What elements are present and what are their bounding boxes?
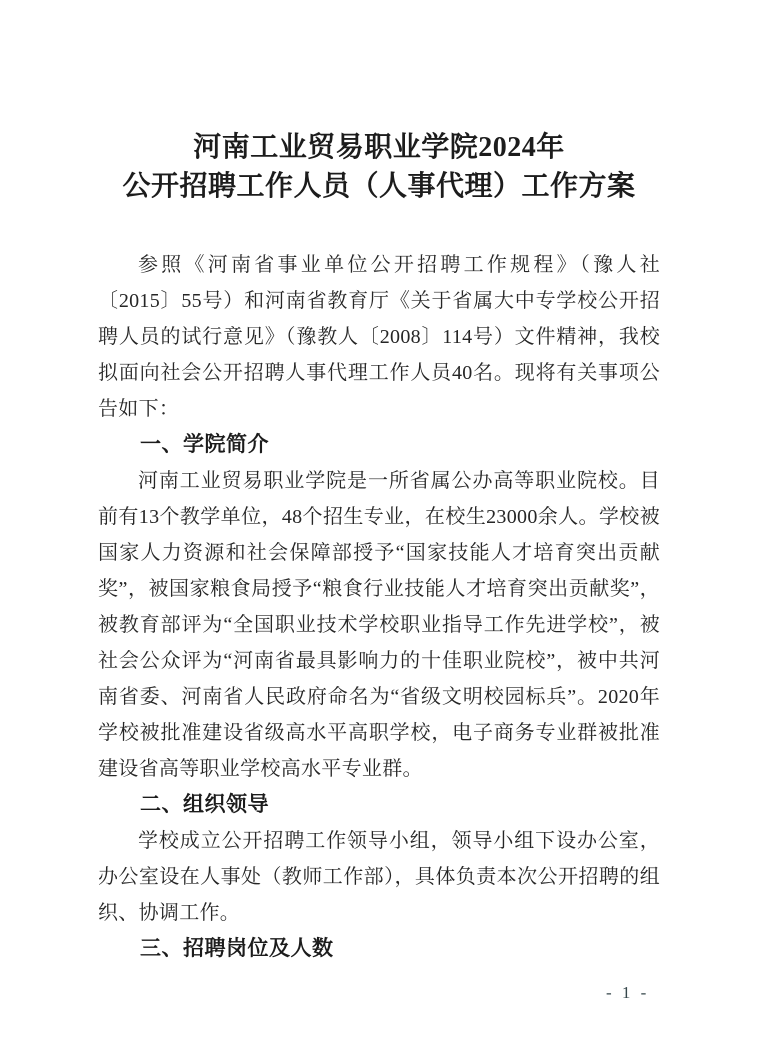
document-content: 河南工业贸易职业学院2024年 公开招聘工作人员（人事代理）工作方案 参照《河南… xyxy=(98,128,660,967)
organization-leadership-paragraph: 学校成立公开招聘工作领导小组，领导小组下设办公室，办公室设在人事处（教师工作部）… xyxy=(98,823,660,931)
section-heading-organization-leadership: 二、组织领导 xyxy=(98,787,660,823)
page-number: - 1 - xyxy=(606,983,649,1003)
intro-paragraph: 参照《河南省事业单位公开招聘工作规程》（豫人社〔2015〕55号）和河南省教育厅… xyxy=(98,247,660,427)
document-title-line-2: 公开招聘工作人员（人事代理）工作方案 xyxy=(98,167,660,206)
section-heading-recruitment-positions: 三、招聘岗位及人数 xyxy=(98,931,660,967)
document-page: 河南工业贸易职业学院2024年 公开招聘工作人员（人事代理）工作方案 参照《河南… xyxy=(0,0,757,1059)
college-profile-paragraph: 河南工业贸易职业学院是一所省属公办高等职业院校。目前有13个教学单位，48个招生… xyxy=(98,463,660,787)
document-title-line-1: 河南工业贸易职业学院2024年 xyxy=(98,128,660,167)
section-heading-college-profile: 一、学院简介 xyxy=(98,427,660,463)
document-title: 河南工业贸易职业学院2024年 公开招聘工作人员（人事代理）工作方案 xyxy=(98,128,660,206)
